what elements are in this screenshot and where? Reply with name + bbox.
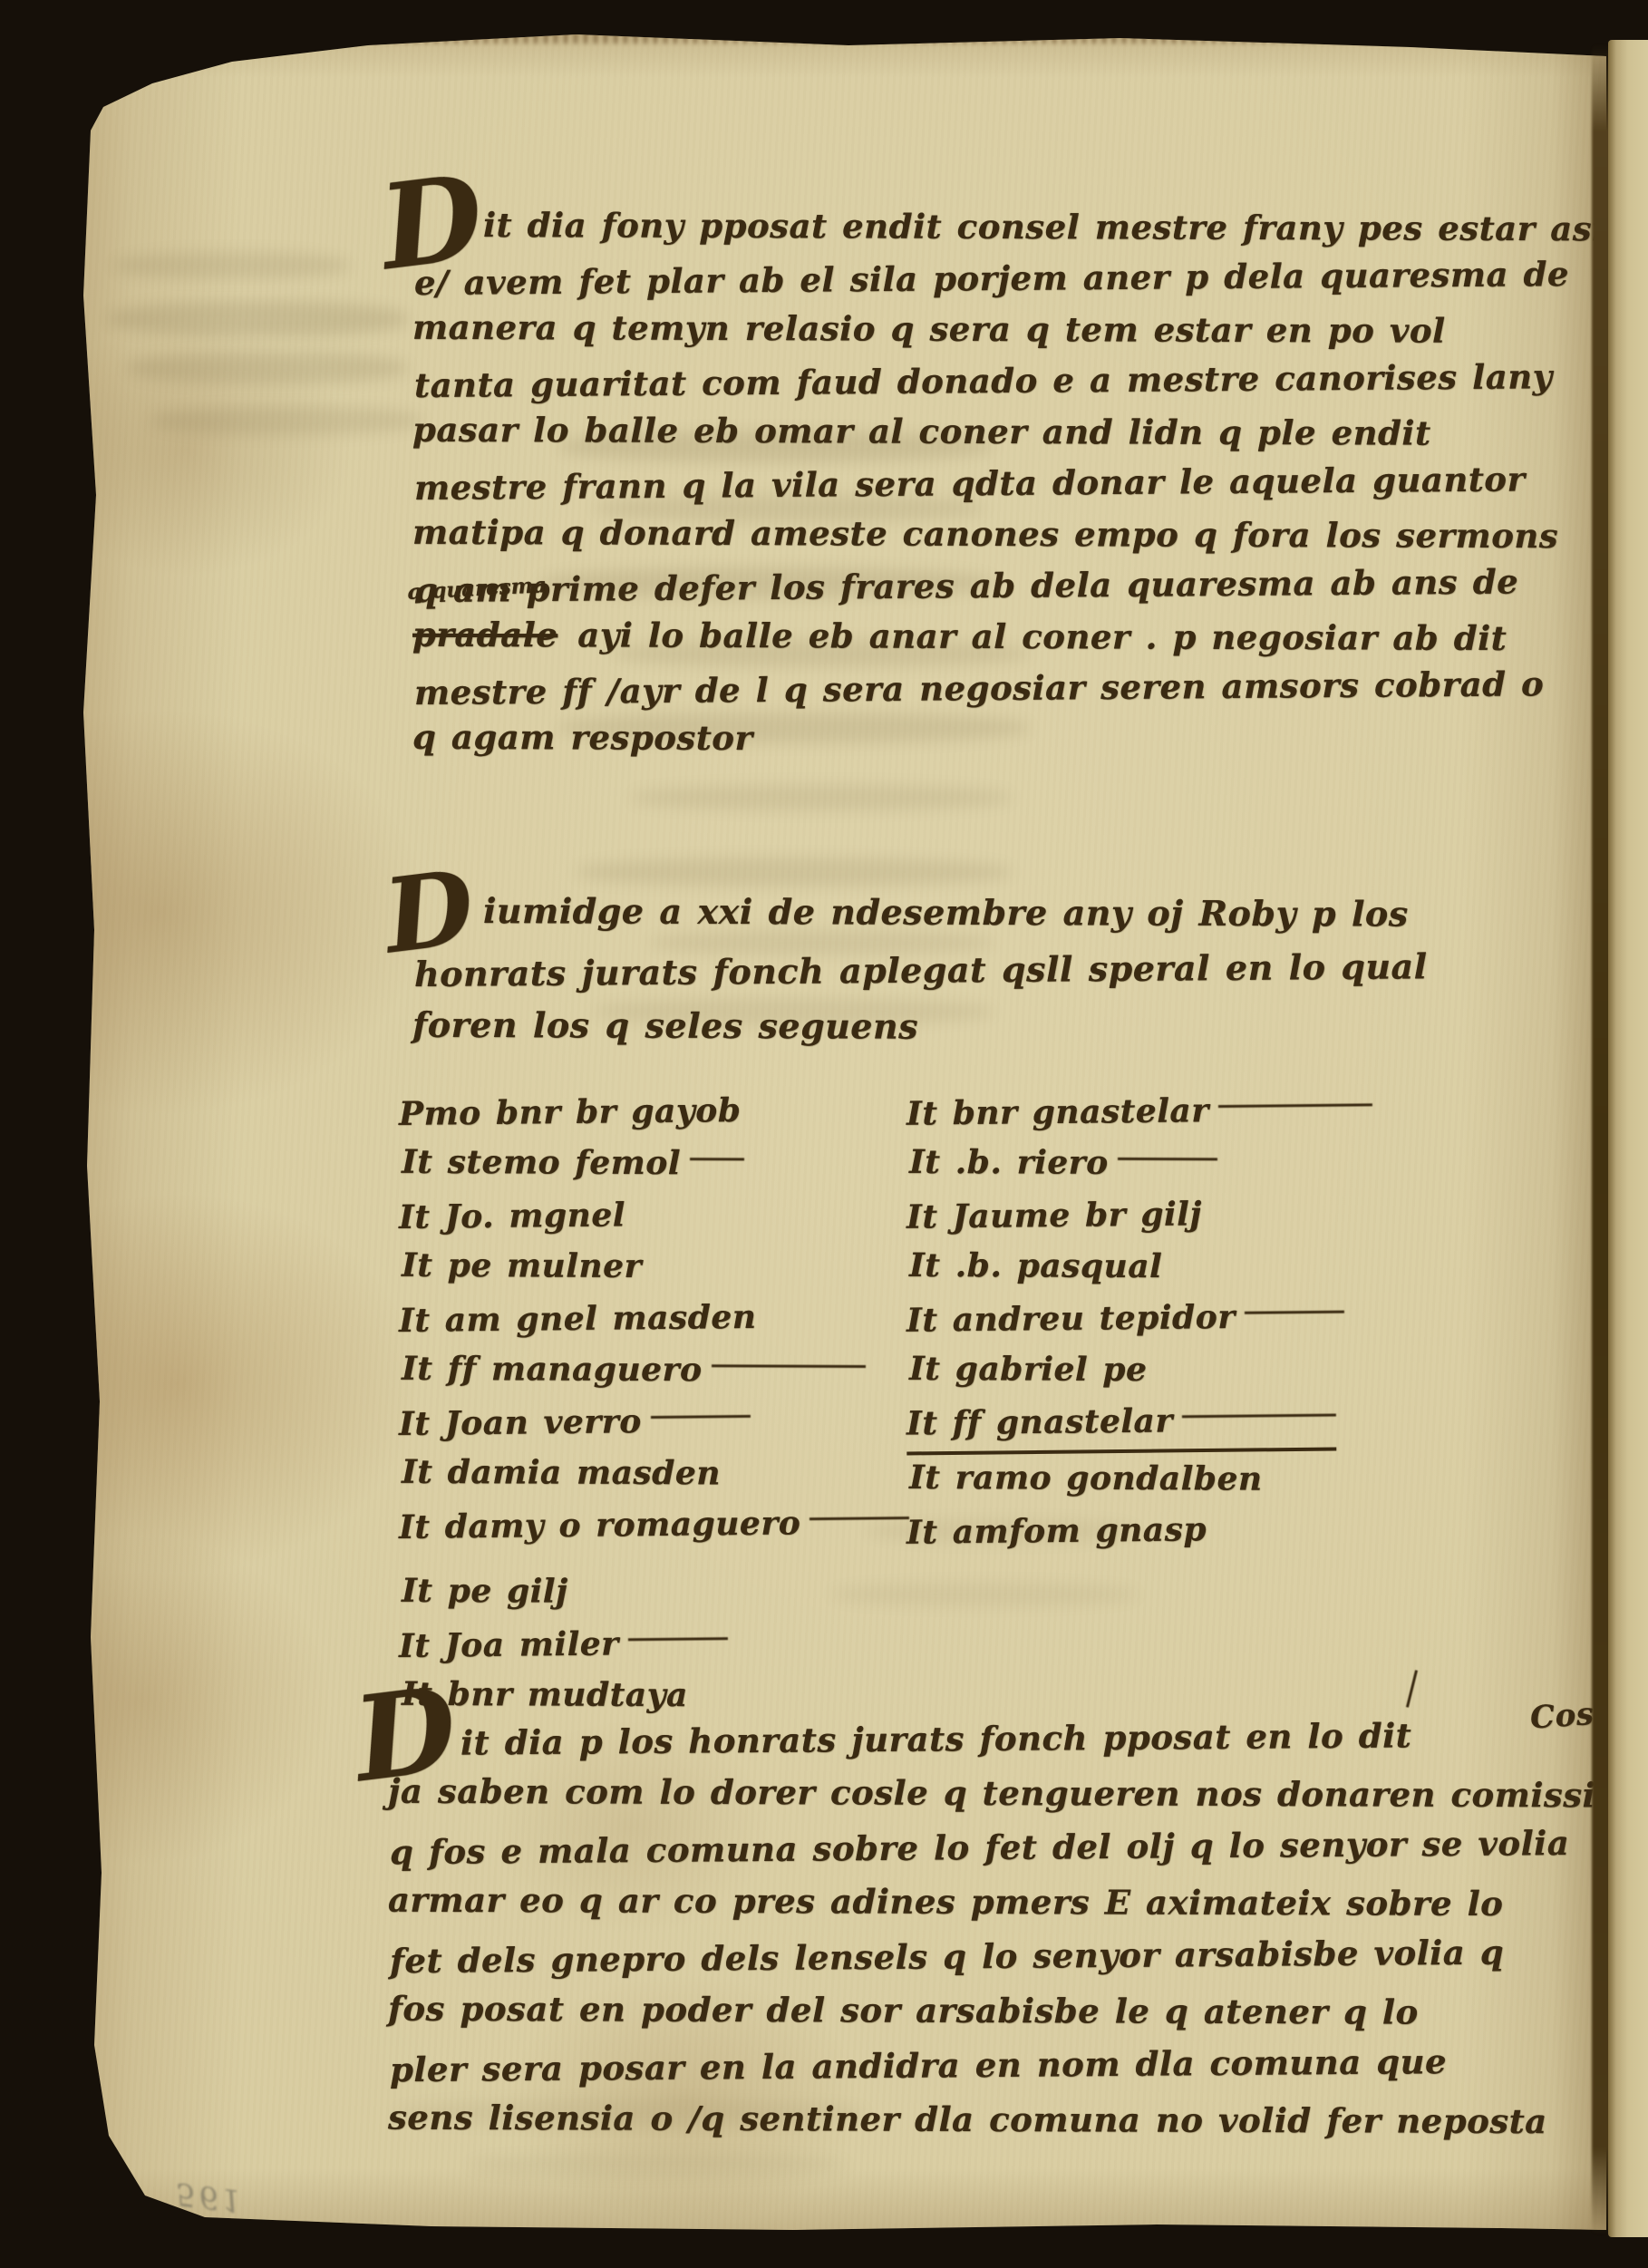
facing-page-edge [1608,40,1648,2237]
attendee-name: It am gnel masden [399,1290,910,1347]
scan-backdrop: 560 D it dia fony pposat endit consel me… [0,0,1648,2268]
attendee-name: It amfom gnasp [906,1502,1372,1558]
attendee-name: It ff managuero [402,1343,913,1397]
manuscript-page: 560 D it dia fony pposat endit consel me… [51,24,1606,2241]
handwritten-line: ja saben com lo dorer cosle q tengueren … [388,1764,1594,1823]
handwritten-line: pler sera posar en la andidra en nom dla… [390,2033,1595,2097]
attendee-name: It ramo gondalben [909,1452,1375,1506]
handwritten-line: pasar lo balle eb omar al coner and lidn… [412,404,1582,460]
attendee-name: It .b. pasqual [909,1240,1375,1294]
attendee-name: It gabriel pe [909,1343,1375,1397]
ink-bleedthrough [127,352,408,384]
handwritten-line: mestre frann q la vila sera qdta donar l… [414,452,1584,513]
handwritten-line: fos posat en poder del sor arsabisbe le … [388,1982,1594,2040]
attendee-name: Pmo bnr br gayob [399,1083,910,1140]
handwritten-line: fet dels gnepro dels lensels q lo senyor… [390,1924,1595,1988]
attendee-name: It .b. riero [909,1137,1375,1190]
attendee-name: It pe gilj [402,1565,913,1619]
handwritten-line: it dia fony pposat endit consel mestre f… [412,199,1582,255]
attendee-name: It Jaume br gilj [906,1187,1372,1243]
line-text: ayi lo balle eb anar al coner . p negosi… [577,615,1507,658]
attendee-name: It bnr gnastelar [906,1083,1372,1139]
handwritten-line: it dia p los honrats jurats fonch pposat… [390,1707,1595,1770]
handwritten-line: e/ avem fet plar ab el sila porjem aner … [414,247,1584,308]
attendee-name-underlined: It ff gnastelar [906,1394,1336,1456]
handwritten-line-with-deletion: pradaleayi lo balle eb anar al coner . p… [412,609,1582,664]
ink-bleedthrough [631,785,1012,810]
attendee-name: It andreu tepidor [906,1290,1372,1346]
ink-bleedthrough [114,252,350,279]
attendee-name: It damy o romaguero [399,1497,910,1554]
handwritten-line: armar eo q ar co pres adines pmers E axi… [388,1873,1594,1932]
attendee-name: It Joa miler [399,1615,910,1672]
handwritten-line: iumidge a xxi de ndesembre any oj Roby p… [412,882,1582,944]
handwritten-line: q fos e mala comuna sobre lo fet del olj… [390,1816,1595,1879]
handwritten-line: q am prime defer los frares ab dela quar… [414,555,1584,615]
handwritten-line: sens lisensia o /q sentiner dla comuna n… [388,2090,1594,2149]
stray-pen-mark [1406,1670,1418,1707]
ink-bleedthrough [468,2154,848,2177]
ink-bleedthrough [109,301,408,337]
faint-reverse-folio-number: 561 [174,2175,247,2219]
entry-2: D iumidge a xxi de ndesembre any oj Roby… [412,884,1582,1055]
ink-speck [68,44,79,54]
handwritten-line: mestre ff /ayr de l q sera negosiar sere… [414,657,1584,718]
handwritten-line: q agam respostor [412,712,1582,767]
attendee-name: It Jo. mgnel [399,1187,910,1244]
handwritten-line: tanta guaritat com faud donado e a mestr… [414,350,1584,411]
struck-word: pradale [412,615,557,655]
attendee-list-right: It bnr gnastelar It .b. riero It Jaume b… [906,1086,1372,1556]
handwritten-line: matipa q donard ameste canones empo q fo… [412,507,1582,562]
handwritten-line: honrats jurats fonch aplegat qsll speral… [414,936,1584,1003]
entry-1: D it dia fony pposat endit consel mestre… [412,201,1582,765]
attendee-list-left: Pmo bnr br gayob It stemo femol It Jo. m… [399,1086,909,1721]
entry-3: D Cosel it dia p los honrats jurats fonc… [388,1711,1594,2147]
folio-number: 560 [76,55,150,99]
attendee-name: It stemo femol [402,1137,913,1190]
book-gutter-crease [1592,44,1610,2235]
attendee-name: It damia masden [402,1447,913,1500]
ink-speck [555,24,562,31]
ink-bleedthrough [150,406,422,435]
attendee-name: It pe mulner [402,1240,913,1294]
attendee-name: It Joan verro [399,1393,910,1450]
handwritten-line: foren los q seles seguens [412,996,1582,1058]
handwritten-line: manera q temyn relasio q sera q tem esta… [412,302,1582,357]
